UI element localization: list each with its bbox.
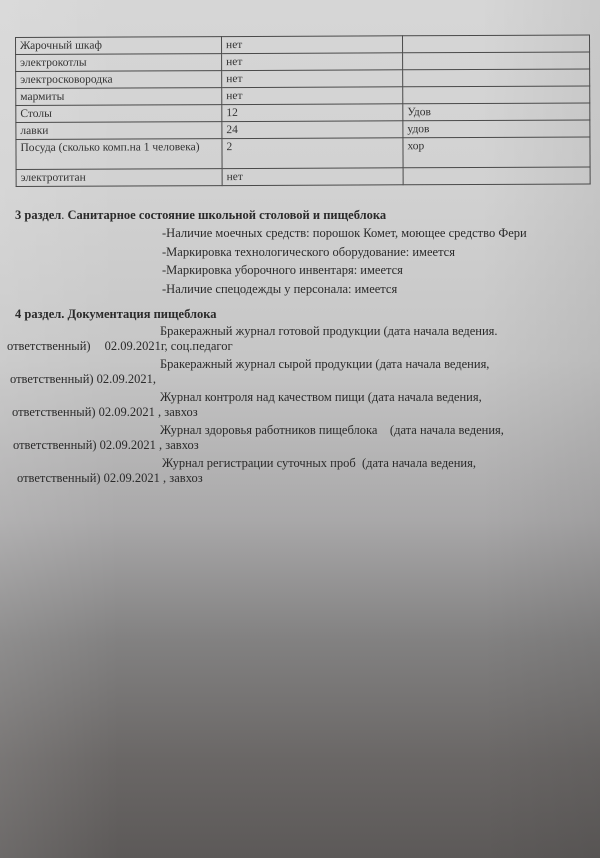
journal-details: ответственный)02.09.2021г, соц.педагог — [7, 339, 504, 354]
journal-entry: Бракеражный журнал сырой продукции (дата… — [15, 357, 504, 387]
sanitary-list: -Наличие моечных средств: порошок Комет,… — [162, 226, 527, 300]
equipment-name: Столы — [16, 105, 222, 123]
equipment-condition — [403, 86, 590, 104]
equipment-name: мармиты — [16, 88, 222, 106]
journal-title: Журнал регистрации суточных проб (дата н… — [162, 456, 504, 471]
journal-responsible-label: ответственный) — [7, 339, 91, 353]
equipment-condition — [402, 35, 589, 53]
equipment-name: электротитан — [16, 169, 222, 187]
equipment-value: нет — [222, 168, 403, 186]
sanitary-item: -Маркировка уборочного инвентаря: имеетс… — [162, 263, 527, 282]
equipment-value: нет — [222, 87, 403, 105]
table-row: электротитан нет — [16, 167, 590, 187]
journal-entry: Бракеражный журнал готовой продукции (да… — [15, 324, 504, 354]
equipment-value: нет — [222, 36, 403, 54]
section-4: 4 раздел. Документация пищеблока Бракера… — [15, 307, 504, 486]
equipment-condition — [403, 52, 590, 70]
equipment-value: 12 — [222, 104, 403, 122]
journal-details: ответственный) 02.09.2021, — [10, 372, 504, 387]
journal-details: ответственный) 02.09.2021 , завхоз — [12, 405, 504, 420]
journal-entry: Журнал регистрации суточных проб (дата н… — [15, 456, 504, 486]
equipment-table: Жарочный шкаф нет электрокотлы нет элект… — [15, 34, 591, 187]
journal-title: Бракеражный журнал сырой продукции (дата… — [160, 357, 504, 372]
equipment-condition — [403, 167, 590, 185]
section-3: 3 раздел. Санитарное состояние школьной … — [15, 208, 527, 300]
equipment-value: нет — [222, 53, 403, 71]
equipment-value: нет — [222, 70, 403, 88]
equipment-value: 2 — [222, 138, 403, 169]
section-number: 3 раздел — [15, 208, 61, 222]
equipment-name: лавки — [16, 122, 222, 140]
journal-title: Бракеражный журнал готовой продукции (да… — [160, 324, 504, 339]
equipment-name: электросковородка — [16, 71, 222, 89]
equipment-name: Жарочный шкаф — [16, 37, 222, 55]
equipment-condition — [403, 69, 590, 87]
table-row: Посуда (сколько комп.на 1 человека) 2 хо… — [16, 137, 590, 170]
equipment-condition: Удов — [403, 103, 590, 121]
section-3-heading: 3 раздел. Санитарное состояние школьной … — [15, 208, 527, 223]
journal-list: Бракеражный журнал готовой продукции (да… — [15, 324, 504, 486]
equipment-condition: хор — [403, 137, 590, 168]
journal-entry: Журнал контроля над качеством пищи (дата… — [15, 390, 504, 420]
sanitary-item: -Маркировка технологического оборудовани… — [162, 245, 527, 264]
equipment-value: 24 — [222, 121, 403, 139]
section-number: 4 раздел — [15, 307, 61, 321]
journal-entry: Журнал здоровья работников пищеблока (да… — [15, 423, 504, 453]
section-title: Документация пищеблока — [68, 307, 217, 321]
journal-details: ответственный) 02.09.2021 , завхоз — [13, 438, 504, 453]
sanitary-item: -Наличие моечных средств: порошок Комет,… — [162, 226, 527, 245]
journal-details: ответственный) 02.09.2021 , завхоз — [17, 471, 504, 486]
section-4-heading: 4 раздел. Документация пищеблока — [15, 307, 504, 322]
journal-title: Журнал здоровья работников пищеблока (да… — [160, 423, 504, 438]
journal-title: Журнал контроля над качеством пищи (дата… — [160, 390, 504, 405]
equipment-name: Посуда (сколько комп.на 1 человека) — [16, 139, 222, 170]
sanitary-item: -Наличие спецодежды у персонала: имеется — [162, 282, 527, 301]
equipment-condition: удов — [403, 120, 590, 138]
journal-date: 02.09.2021г, соц.педагог — [105, 339, 233, 353]
section-title: Санитарное состояние школьной столовой и… — [68, 208, 387, 222]
equipment-name: электрокотлы — [16, 54, 222, 72]
